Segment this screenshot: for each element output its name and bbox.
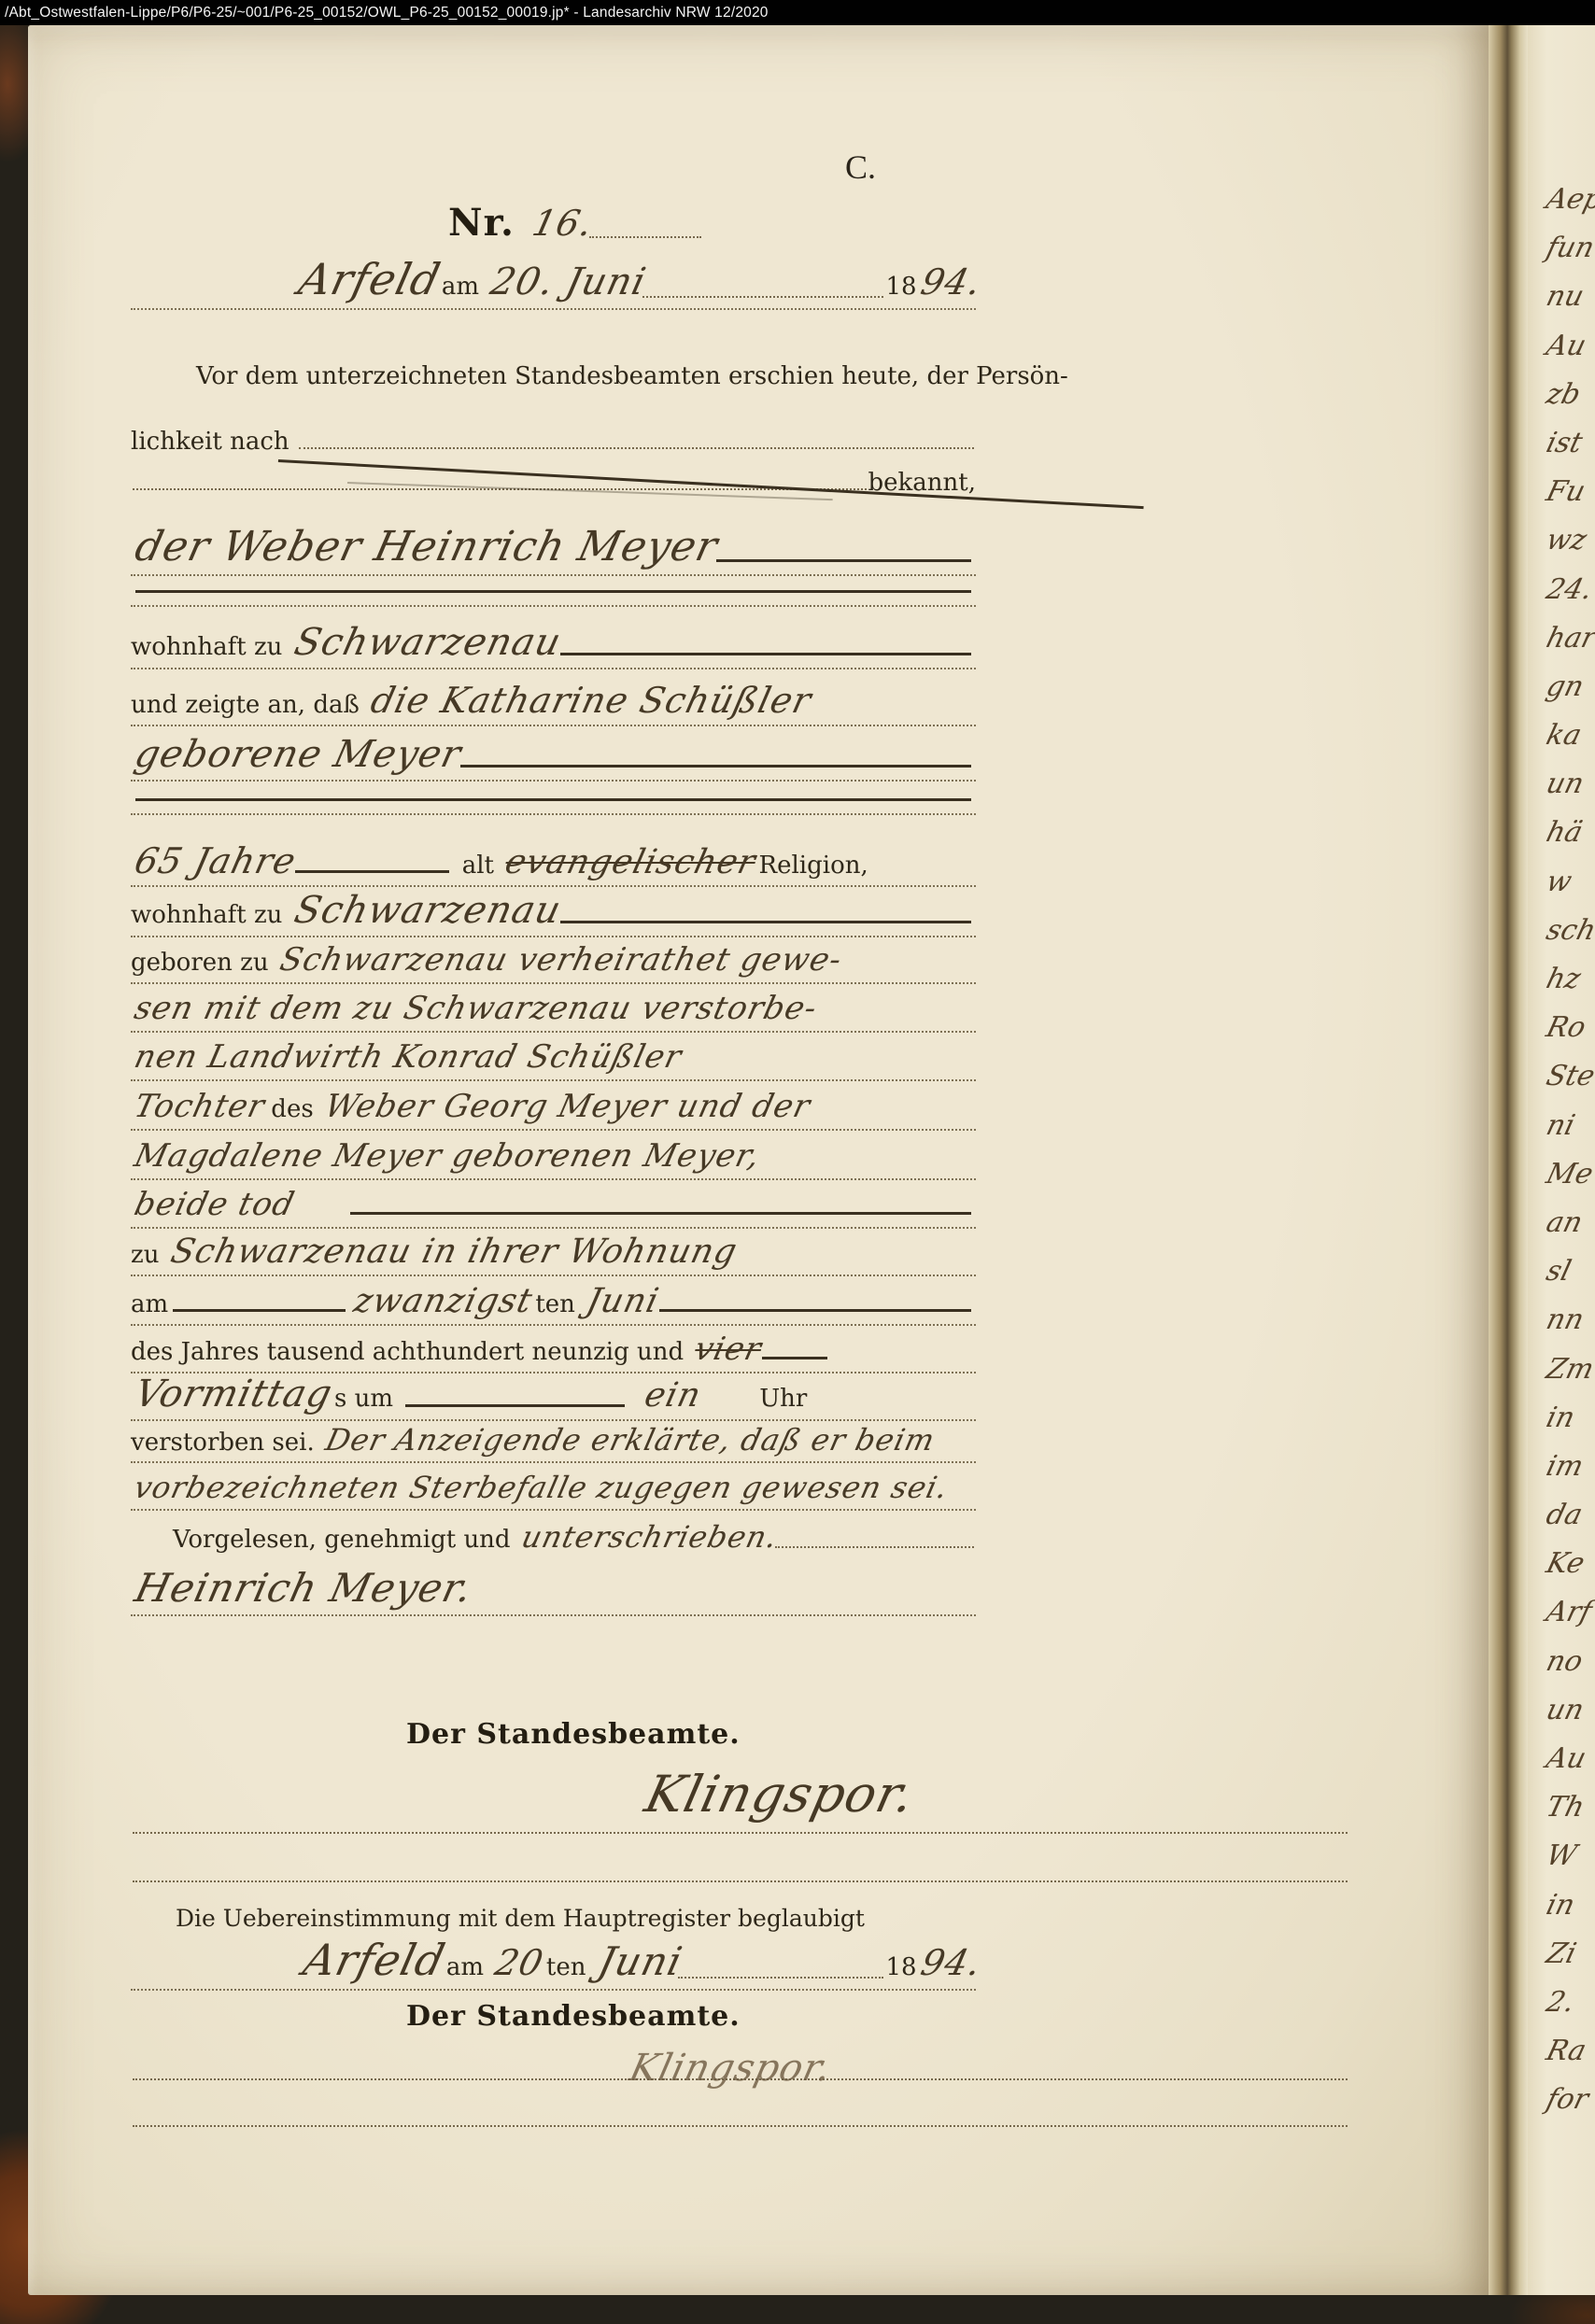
form-line: amzwanzigst ten Juni xyxy=(131,1282,976,1326)
handwriting-fragment: Ste xyxy=(1539,1060,1595,1108)
handwriting-fragment: Au xyxy=(1539,1742,1595,1791)
window-title-bar: /Abt_Ostwestfalen-Lippe/P6/P6-25/~001/P6… xyxy=(0,0,1595,25)
dotted-rule xyxy=(589,236,701,238)
handwriting-fragment: un xyxy=(1539,768,1595,816)
dotted-rule xyxy=(133,2078,1348,2080)
form-line: Die Uebereinstimmung mit dem Hauptregist… xyxy=(131,1905,976,1936)
printed-text: Die Uebereinstimmung mit dem Hauptregist… xyxy=(176,1905,865,1932)
handwritten-text: geborene Meyer xyxy=(131,733,466,776)
form-line: vorbezeichneten Sterbefalle zugegen gewe… xyxy=(131,1470,976,1511)
ink-stroke xyxy=(560,921,971,923)
handwriting-fragment: 24. xyxy=(1539,573,1595,622)
form-line: und zeigte an, daß die Katharine Schüßle… xyxy=(131,680,976,726)
form-line: Tochter des Weber Georg Meyer und der xyxy=(131,1088,976,1131)
handwriting-fragment: gn xyxy=(1539,670,1595,719)
printed-text: geboren zu xyxy=(131,949,276,977)
form-line: Magdalene Meyer geborenen Meyer, xyxy=(131,1137,976,1180)
handwritten-text: Schwarzenau xyxy=(290,889,566,932)
form-line: 65 Jahre alt evangelischer Religion, xyxy=(131,840,976,887)
printed-text: Uhr xyxy=(759,1385,807,1413)
handwritten-text: Schwarzenau verheirathet gewe- xyxy=(276,941,846,979)
handwriting-fragment: ist xyxy=(1539,427,1595,475)
printed-text: ten xyxy=(528,1290,583,1318)
handwritten-text: Schwarzenau xyxy=(290,621,566,664)
handwritten-text: Arfeld xyxy=(299,1935,450,1985)
form-line: geborene Meyer xyxy=(131,733,976,782)
dotted-rule xyxy=(133,1832,1348,1834)
printed-text: am xyxy=(131,1290,168,1318)
printed-text: wohnhaft zu xyxy=(131,633,290,661)
handwriting-fragment: Aep xyxy=(1539,183,1595,232)
handwritten-text: Weber Georg Meyer und der xyxy=(321,1088,814,1125)
handwritten-text: Arfeld xyxy=(294,254,445,304)
handwritten-text: vorbezeichneten Sterbefalle zugegen gewe… xyxy=(131,1470,952,1505)
form-line: des Jahres tausend achthundert neunzig u… xyxy=(131,1331,976,1373)
printed-text: 18 xyxy=(885,1953,916,1981)
handwriting-fragment: im xyxy=(1539,1450,1595,1499)
form-line: nen Landwirth Konrad Schüßler xyxy=(131,1038,976,1081)
handwriting-fragment: nu xyxy=(1539,280,1595,329)
handwritten-text: nen Landwirth Konrad Schüßler xyxy=(131,1038,685,1076)
handwriting-fragment: ka xyxy=(1539,719,1595,768)
dotted-rule xyxy=(775,1546,974,1548)
handwritten-text: Vormittag xyxy=(131,1373,336,1416)
handwriting-fragment: w xyxy=(1539,866,1595,914)
printed-text: wohnhaft zu xyxy=(131,901,290,929)
form-line: lichkeit nach xyxy=(131,428,976,459)
printed-text: am xyxy=(439,1953,492,1981)
handwriting-fragment: Fu xyxy=(1539,475,1595,524)
handwriting-fragment: Th xyxy=(1539,1791,1595,1839)
next-page-handwriting-fragments: AepfunnuAuzbistFuwz24.hargnkaunhäwschhzR… xyxy=(1539,183,1595,2134)
form-line: der Weber Heinrich Meyer xyxy=(131,523,976,576)
handwriting-fragment: in xyxy=(1539,1401,1595,1450)
printed-text: Religion, xyxy=(751,852,868,880)
printed-text: des xyxy=(271,1095,321,1123)
form-line: Nr. 16. xyxy=(131,201,976,248)
form-line: sen mit dem zu Schwarzenau verstorbe- xyxy=(131,990,976,1033)
printed-text: des Jahres tausend achthundert neunzig u… xyxy=(131,1338,691,1366)
form-line: Vormittag s um ein Uhr xyxy=(131,1373,976,1421)
handwriting-fragment: har xyxy=(1539,622,1595,670)
handwritten-text: beide tod xyxy=(131,1186,299,1223)
handwriting-fragment: un xyxy=(1539,1694,1595,1742)
form-line xyxy=(131,2125,1349,2137)
handwriting-fragment: zb xyxy=(1539,378,1595,427)
handwritten-text: Heinrich Meyer. xyxy=(131,1565,477,1611)
handwriting-fragment: Au xyxy=(1539,330,1595,378)
handwriting-fragment: no xyxy=(1539,1645,1595,1694)
handwriting-fragment: in xyxy=(1539,1889,1595,1937)
dotted-rule xyxy=(299,447,974,449)
printed-text: zu xyxy=(131,1241,167,1269)
form-letter-c: C. xyxy=(845,148,876,187)
handwritten-text: 94. xyxy=(917,1942,986,1983)
handwriting-fragment: da xyxy=(1539,1499,1595,1547)
handwritten-text: zwanzigst xyxy=(350,1282,536,1320)
handwriting-fragment: Zi xyxy=(1539,1937,1595,1986)
handwritten-text: Magdalene Meyer geborenen Meyer, xyxy=(131,1137,764,1175)
handwriting-fragment: nn xyxy=(1539,1303,1595,1352)
handwritten-text: 20 xyxy=(491,1942,548,1983)
ink-stroke xyxy=(460,765,971,768)
dotted-rule xyxy=(133,2125,1348,2127)
form-line: wohnhaft zu Schwarzenau xyxy=(131,889,976,937)
printed-text: 18 xyxy=(885,273,916,301)
handwritten-text: Juni xyxy=(583,1282,663,1320)
ink-stroke xyxy=(405,1404,625,1407)
form-line: Heinrich Meyer. xyxy=(131,1565,976,1616)
handwritten-text: ein xyxy=(629,1376,716,1415)
handwritten-text: die Katharine Schüßler xyxy=(367,680,815,721)
ink-stroke xyxy=(659,1309,972,1312)
form-line: geboren zu Schwarzenau verheirathet gewe… xyxy=(131,941,976,984)
handwriting-fragment: W xyxy=(1539,1839,1595,1888)
printed-text: am xyxy=(434,273,487,301)
printed-text: Vor dem unterzeichneten Standesbeamten e… xyxy=(196,362,1068,390)
handwritten-text: Tochter xyxy=(131,1088,280,1125)
ink-stroke xyxy=(716,559,971,562)
form-line: Arfeld am 20 ten Juni1894. xyxy=(131,1935,976,1991)
printed-text: Vorgelesen, genehmigt und xyxy=(173,1526,518,1554)
handwriting-fragment: sl xyxy=(1539,1255,1595,1303)
handwritten-text: Juni xyxy=(594,1938,687,1984)
ink-stroke xyxy=(762,1357,827,1359)
handwritten-text: Schwarzenau in ihrer Wohnung xyxy=(167,1232,741,1271)
ink-stroke xyxy=(295,870,449,873)
ink-stroke xyxy=(135,590,971,593)
handwriting-fragment: Ro xyxy=(1539,1011,1595,1060)
handwriting-fragment: an xyxy=(1539,1206,1595,1255)
printed-text: lichkeit nach xyxy=(131,428,297,456)
form-line: Der Standesbeamte. xyxy=(131,1718,976,1754)
form-line: zu Schwarzenau in ihrer Wohnung xyxy=(131,1232,976,1276)
form-line xyxy=(131,590,976,607)
form-line xyxy=(131,1832,1349,1844)
ink-stroke xyxy=(135,798,971,801)
form-line: wohnhaft zu Schwarzenau xyxy=(131,621,976,669)
handwriting-fragment: hz xyxy=(1539,963,1595,1011)
handwritten-text: vier xyxy=(691,1331,766,1368)
form-line: Arfeld am 20. Juni1894. xyxy=(131,254,976,310)
printed-text: verstorben sei. xyxy=(131,1429,322,1457)
printed-text: s um xyxy=(327,1385,402,1413)
handwriting-fragment: wz xyxy=(1539,524,1595,572)
printed-heading: Der Standesbeamte. xyxy=(406,2000,741,2033)
handwritten-text: 65 Jahre xyxy=(131,840,301,881)
handwriting-fragment: sch xyxy=(1539,914,1595,963)
handwriting-fragment: Ra xyxy=(1539,2035,1595,2083)
ink-stroke xyxy=(350,1212,971,1215)
printed-text: und zeigte an, daß xyxy=(131,691,367,719)
handwriting-fragment: hä xyxy=(1539,816,1595,865)
ink-stroke xyxy=(560,653,971,655)
ink-stroke xyxy=(173,1309,346,1312)
handwriting-fragment: ni xyxy=(1539,1109,1595,1158)
dotted-rule xyxy=(133,1880,1348,1882)
handwritten-text: Klingspor. xyxy=(640,1765,921,1824)
handwritten-text: 94. xyxy=(917,261,986,303)
printed-text: alt xyxy=(454,852,501,880)
form-line: Der Standesbeamte. xyxy=(131,2000,976,2036)
handwritten-text: 16. xyxy=(529,203,598,244)
handwriting-fragment: Zm xyxy=(1539,1353,1595,1401)
handwriting-fragment: Ke xyxy=(1539,1547,1595,1596)
form-line xyxy=(131,2078,1349,2091)
form-line: Klingspor. xyxy=(131,1765,976,1827)
handwritten-text: Der Anzeigende erklärte, daß er beim xyxy=(322,1422,939,1458)
handwriting-fragment: Arf xyxy=(1539,1596,1595,1644)
form-line: Vor dem unterzeichneten Standesbeamten e… xyxy=(131,362,976,394)
form-line: verstorben sei. Der Anzeigende erklärte,… xyxy=(131,1422,976,1463)
handwriting-fragment: fun xyxy=(1539,232,1595,280)
handwriting-fragment: Me xyxy=(1539,1158,1595,1206)
handwriting-fragment: for xyxy=(1539,2083,1595,2132)
page-gutter-crease xyxy=(1489,25,1528,2295)
dotted-rule xyxy=(678,1977,883,1979)
image-viewer-window: /Abt_Ostwestfalen-Lippe/P6/P6-25/~001/P6… xyxy=(0,0,1595,2324)
handwriting-fragment: 2. xyxy=(1539,1986,1595,2035)
handwritten-text: evangelischer xyxy=(501,843,759,881)
printed-text: ten xyxy=(539,1953,594,1981)
printed-heading: Der Standesbeamte. xyxy=(406,1718,741,1751)
handwritten-text: der Weber Heinrich Meyer xyxy=(131,523,723,570)
form-line: Vorgelesen, genehmigt und unterschrieben… xyxy=(131,1519,976,1558)
handwritten-text: unterschrieben. xyxy=(518,1519,782,1555)
form-line xyxy=(131,1880,1349,1893)
handwritten-text: sen mit dem zu Schwarzenau verstorbe- xyxy=(131,990,821,1027)
form-line: beide tod xyxy=(131,1186,976,1229)
title-bar-text: /Abt_Ostwestfalen-Lippe/P6/P6-25/~001/P6… xyxy=(5,5,769,21)
handwritten-text: 20. Juni xyxy=(487,261,650,303)
printed-heading: Nr. xyxy=(448,201,529,245)
form-line xyxy=(131,798,976,815)
dotted-rule xyxy=(642,296,883,298)
